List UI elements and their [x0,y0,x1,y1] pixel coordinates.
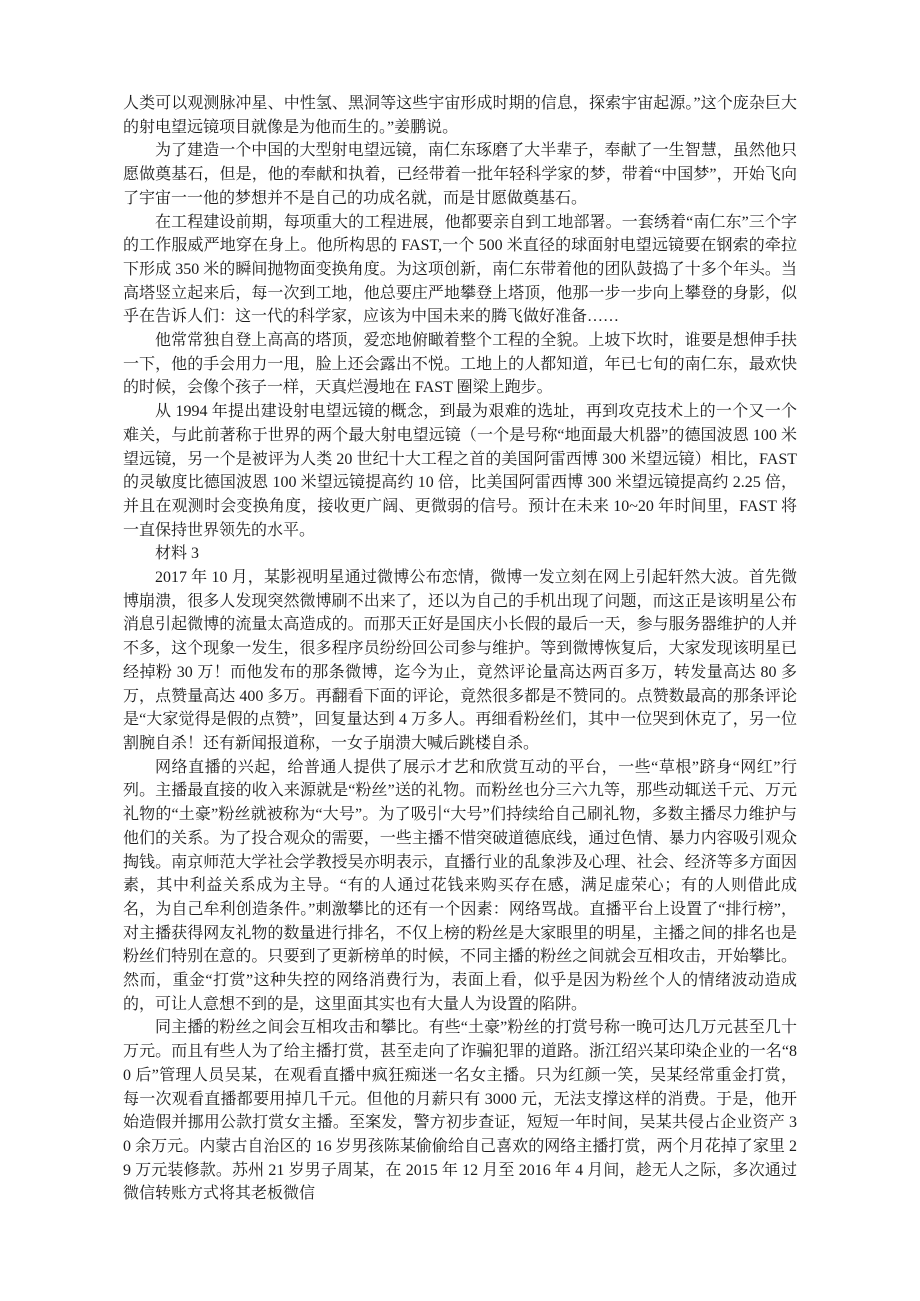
paragraph: 为了建造一个中国的大型射电望远镜，南仁东琢磨了大半辈子，奉献了一生智慧，虽然他只… [123,139,797,210]
paragraph: 同主播的粉丝之间会互相攻击和攀比。有些“土豪”粉丝的打赏号称一晚可达几万元甚至几… [123,1016,797,1206]
paragraph: 2017 年 10 月，某影视明星通过微博公布恋情，微博一发立刻在网上引起轩然大… [123,566,797,756]
paragraph: 人类可以观测脉冲星、中性氢、黑洞等这些宇宙形成时期的信息，探索宇宙起源。”这个庞… [123,92,797,139]
paragraph: 网络直播的兴起，给普通人提供了展示才艺和欣赏互动的平台，一些“草根”跻身“网红”… [123,756,797,1017]
document-page: 人类可以观测脉冲星、中性氢、黑洞等这些宇宙形成时期的信息，探索宇宙起源。”这个庞… [0,0,920,1301]
paragraph: 他常常独自登上高高的塔顶，爱恋地俯瞰着整个工程的全貌。上坡下坎时，谁要是想伸手扶… [123,329,797,400]
paragraph: 在工程建设前期，每项重大的工程进展，他都要亲自到工地部署。一套绣着“南仁东”三个… [123,211,797,330]
document-text-block: 人类可以观测脉冲星、中性氢、黑洞等这些宇宙形成时期的信息，探索宇宙起源。”这个庞… [123,92,797,1206]
material-heading: 材料 3 [123,542,797,566]
paragraph: 从 1994 年提出建设射电望远镜的概念，到最为艰难的选址，再到攻克技术上的一个… [123,400,797,542]
